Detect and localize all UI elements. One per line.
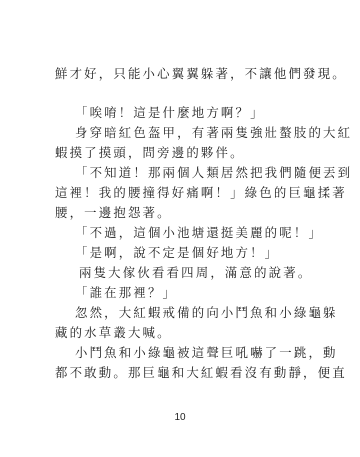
text-line: 小鬥魚和小綠龜被這聲巨吼嚇了一跳，動 bbox=[75, 346, 338, 360]
text-line: 「不過，這個小池塘還挺美麗的呢！」 bbox=[75, 226, 323, 240]
text-line: 身穿暗紅色盔甲，有著兩隻強壯螯肢的大紅 bbox=[75, 126, 352, 140]
text-line: 「不知道！那兩個人類居然把我們隨便丟到 bbox=[75, 166, 352, 180]
page-number: 10 bbox=[0, 412, 360, 423]
text-line: 「是啊，說不定是個好地方！」 bbox=[75, 246, 279, 260]
text-line: 「唉唷！這是什麼地方啊？」 bbox=[75, 106, 265, 120]
text-line: 忽然，大紅蝦戒備的向小鬥魚和小綠龜躲 bbox=[75, 306, 338, 320]
text-line: 「誰在那裡？」 bbox=[75, 286, 177, 300]
text-line: 都不敢動。那巨龜和大紅蝦看沒有動靜，便直 bbox=[55, 366, 347, 380]
text-line: 藏的水草叢大喊。 bbox=[55, 326, 172, 340]
text-line: 腰，一邊抱怨著。 bbox=[55, 206, 172, 220]
text-line: 兩隻大傢伙看看四周，滿意的說著。 bbox=[79, 266, 312, 280]
text-line: 蝦摸了摸頭，問旁邊的夥伴。 bbox=[55, 146, 245, 160]
book-page: 鮮才好，只能小心翼翼躲著，不讓他們發現。「唉唷！這是什麼地方啊？」身穿暗紅色盔甲… bbox=[0, 0, 360, 457]
text-line: 鮮才好，只能小心翼翼躲著，不讓他們發現。 bbox=[55, 67, 347, 81]
text-line: 這裡！我的腰撞得好痛啊！」綠色的巨龜揉著 bbox=[55, 186, 347, 200]
